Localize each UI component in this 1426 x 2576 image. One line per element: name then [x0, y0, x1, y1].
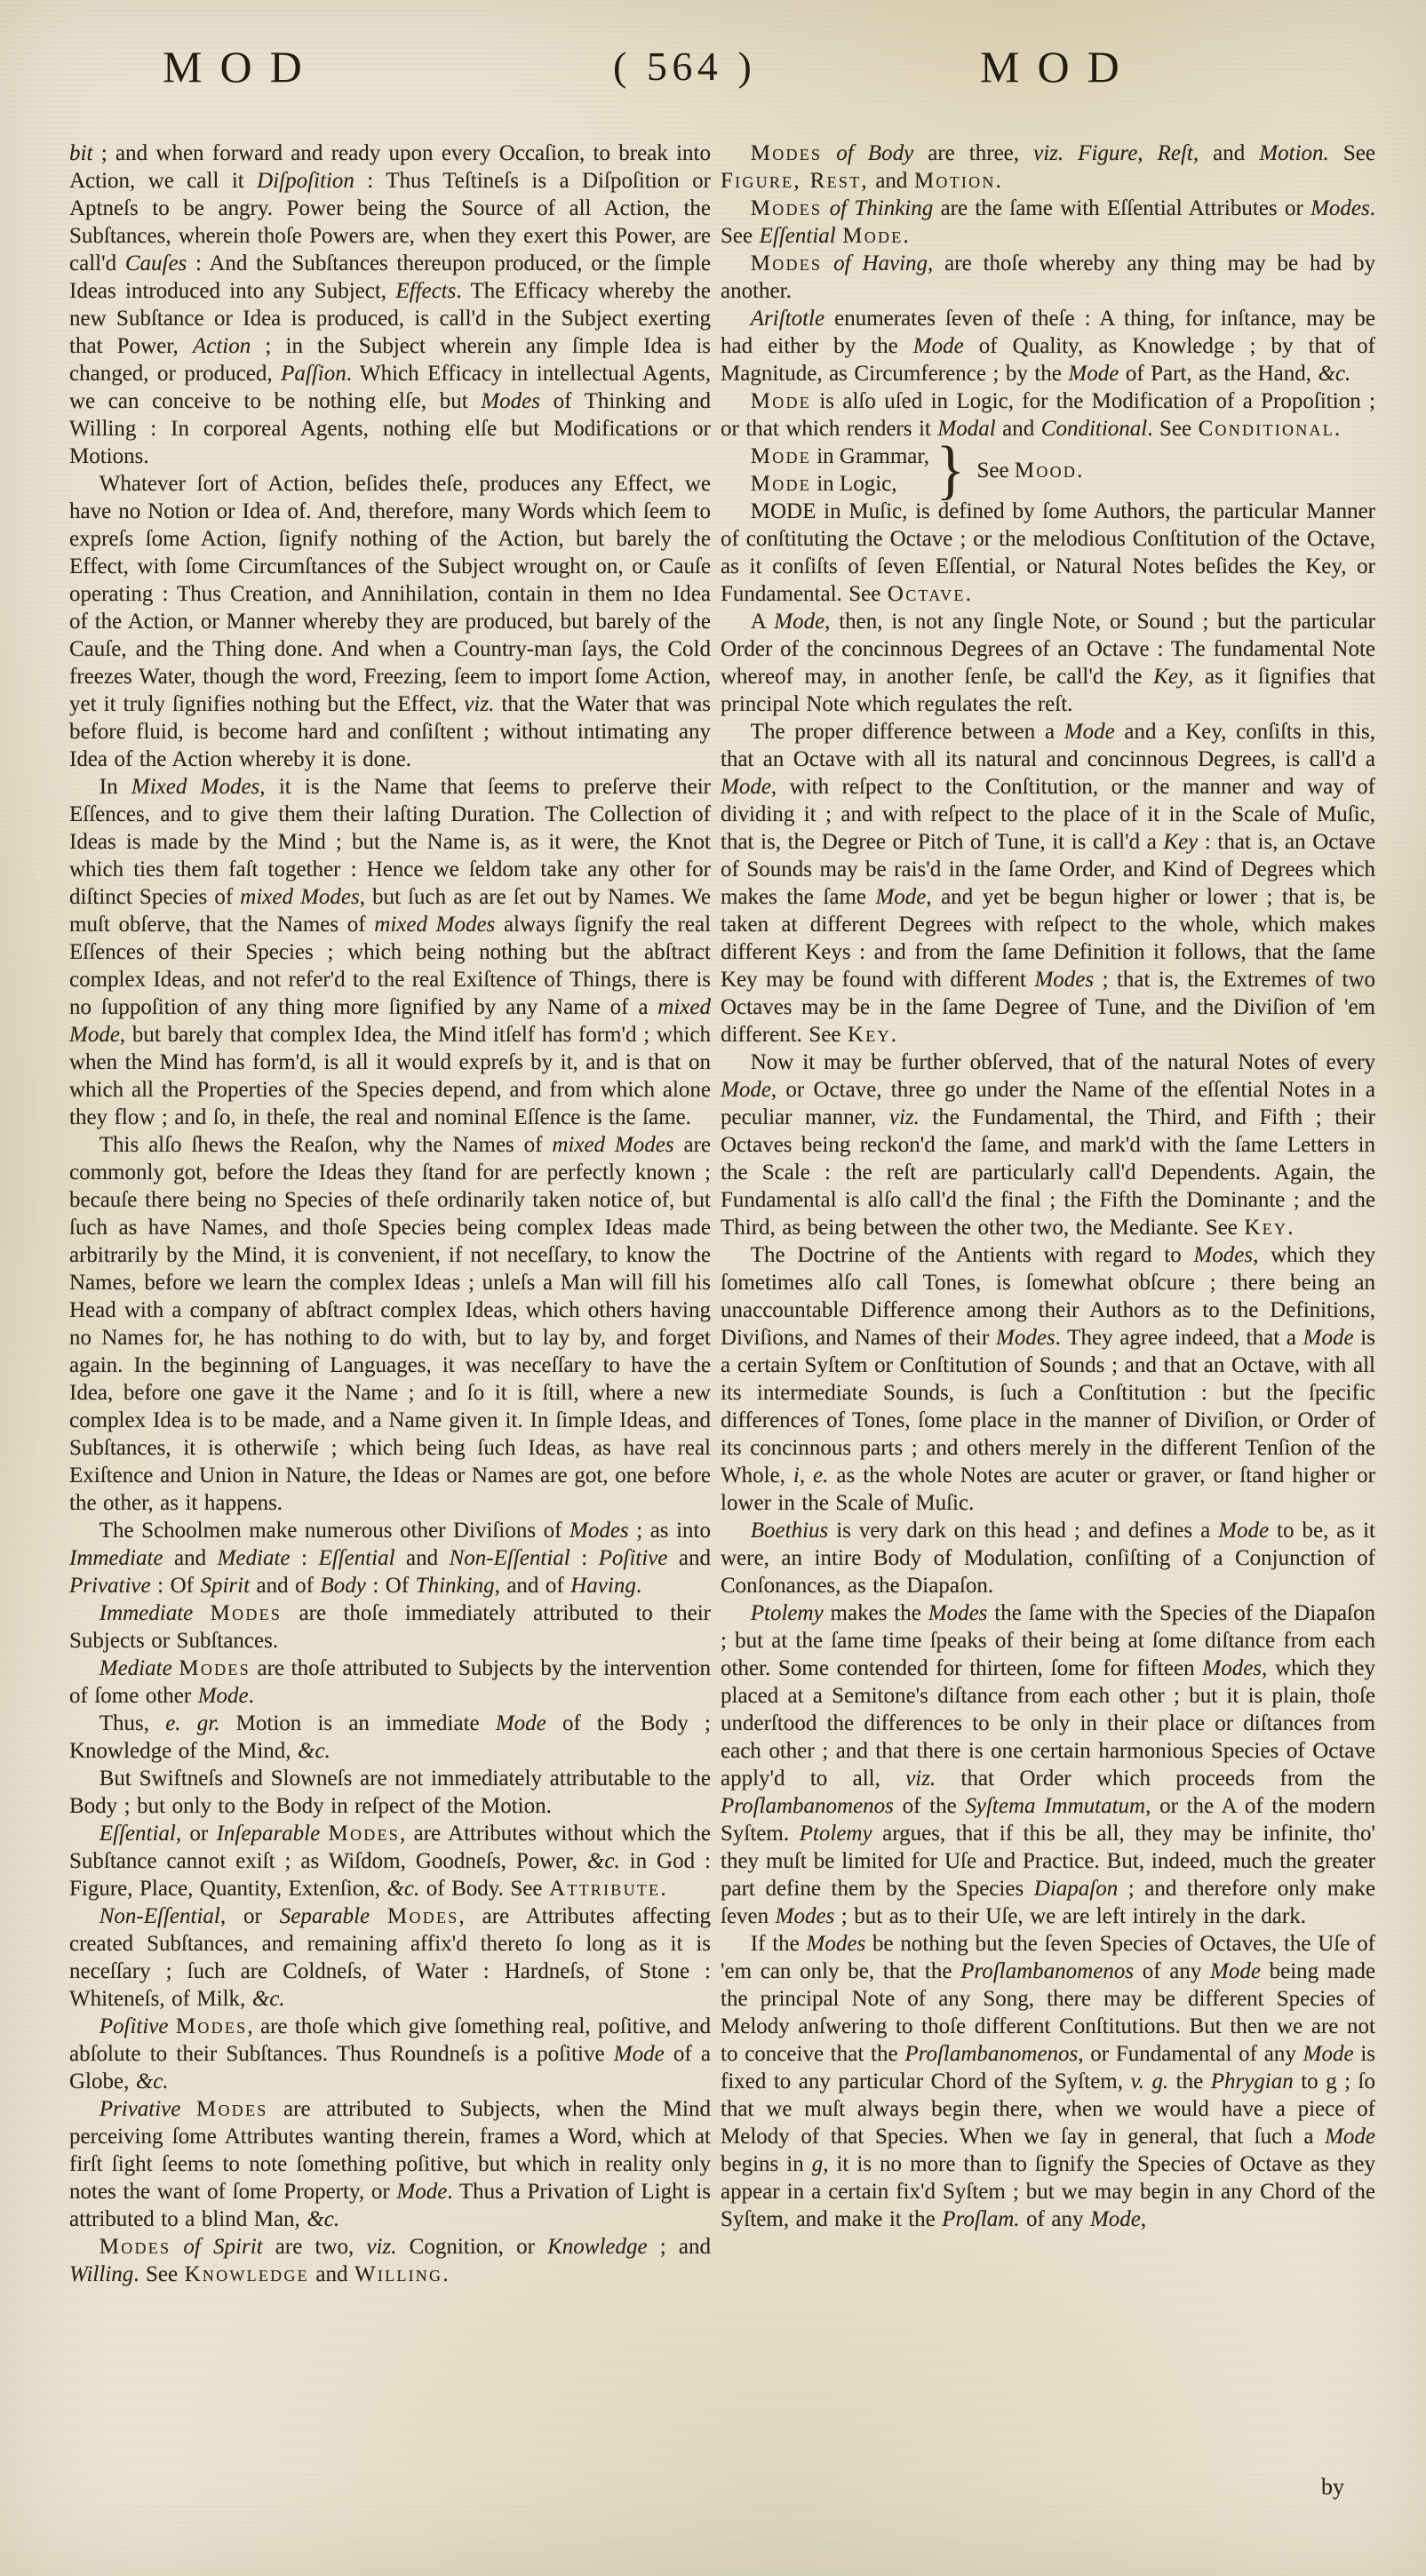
running-title-right: MOD: [980, 41, 1137, 92]
brace-cross-reference: Mode in Grammar, Mode in Logic, } See Mo…: [721, 443, 1375, 498]
entry-positive-modes: Poſitive Modes, are thoſe which give ſom…: [69, 2013, 711, 2095]
entry-mode-in-music: MODE in Muſic, is defined by ſome Author…: [721, 498, 1375, 608]
paragraph: The Schoolmen make numerous other Diviſi…: [69, 1517, 711, 1599]
brace-glyph: }: [936, 443, 965, 497]
text-columns: bit ; and when forward and ready upon ev…: [69, 140, 1375, 2288]
catchword: by: [1321, 2474, 1344, 2500]
entry-immediate-modes: Immediate Modes are thoſe immediately at…: [69, 1599, 711, 1655]
running-title-left: MOD: [163, 41, 320, 92]
brace-line-logic: Mode in Logic,: [751, 470, 929, 498]
paragraph: A Mode, then, is not any ſingle Note, or…: [721, 608, 1375, 718]
entry-non-essential-modes: Non-Eſſential, or Separable Modes, are A…: [69, 1902, 711, 2013]
paragraph: Ariſtotle enumerates ſeven of theſe : A …: [721, 305, 1375, 387]
brace-line-grammar: Mode in Grammar,: [751, 443, 929, 470]
entry-mediate-modes: Mediate Modes are thoſe attributed to Su…: [69, 1655, 711, 1710]
page-header: MOD ( 564 ) MOD: [0, 41, 1426, 103]
page-number: ( 564 ): [613, 43, 756, 90]
paragraph: Ptolemy makes the Modes the ſame with th…: [721, 1599, 1375, 1930]
brace-lines: Mode in Grammar, Mode in Logic,: [751, 443, 929, 498]
brace-see-mood: See Mood.: [977, 457, 1083, 484]
entry-modes-of-spirit: Modes of Spirit are two, viz. Cognition,…: [69, 2233, 711, 2288]
entry-modes-of-thinking: Modes of Thinking are the ſame with Eſſe…: [721, 195, 1375, 250]
entry-mode-in-logic: Mode is alſo uſed in Logic, for the Modi…: [721, 387, 1375, 443]
entry-modes-of-having: Modes of Having, are thoſe whereby any t…: [721, 250, 1375, 305]
paragraph: Boethius is very dark on this head ; and…: [721, 1517, 1375, 1599]
paragraph: This alſo ſhews the Reaſon, why the Name…: [69, 1131, 711, 1517]
paragraph: The proper difference between a Mode and…: [721, 718, 1375, 1049]
paragraph: The Doctrine of the Antients with regard…: [721, 1241, 1375, 1517]
left-column: bit ; and when forward and ready upon ev…: [69, 140, 711, 2288]
paragraph: If the Modes be nothing but the ſeven Sp…: [721, 1930, 1375, 2233]
right-column: Modes of Body are three, viz. Figure, Re…: [721, 140, 1375, 2288]
entry-essential-modes: Eſſential, or Inſeparable Modes, are Att…: [69, 1820, 711, 1902]
paragraph: But Swiftneſs and Slowneſs are not immed…: [69, 1765, 711, 1820]
paragraph: Now it may be further obſerved, that of …: [721, 1049, 1375, 1241]
paragraph: Whatever ſort of Action, beſides theſe, …: [69, 470, 711, 773]
paragraph: Thus, e. gr. Motion is an immediate Mode…: [69, 1710, 711, 1765]
paragraph: bit ; and when forward and ready upon ev…: [69, 140, 711, 470]
entry-privative-modes: Privative Modes are attributed to Subjec…: [69, 2095, 711, 2233]
paragraph: In Mixed Modes, it is the Name that ſeem…: [69, 773, 711, 1131]
entry-modes-of-body: Modes of Body are three, viz. Figure, Re…: [721, 140, 1375, 195]
book-page: MOD ( 564 ) MOD bit ; and when forward a…: [0, 0, 1426, 2576]
